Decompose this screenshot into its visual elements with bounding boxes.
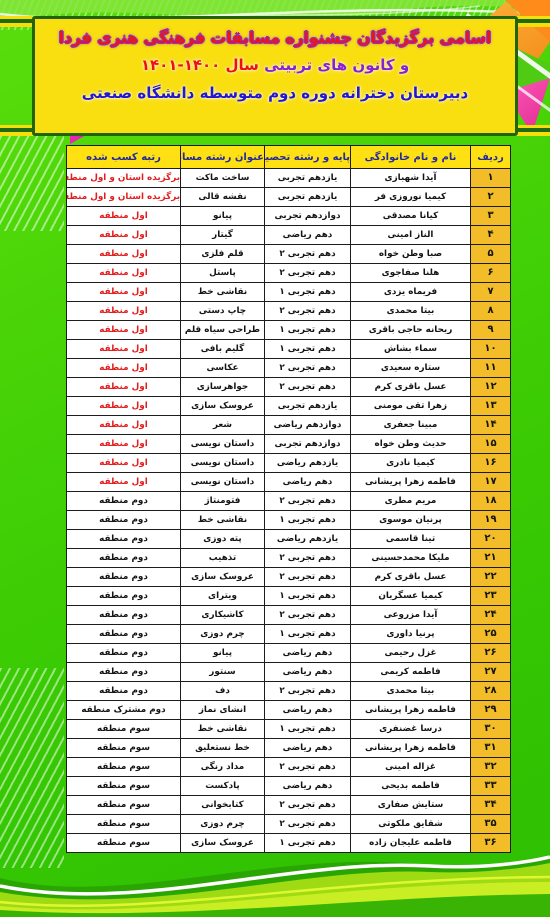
cell-grade: دهم تجربی ۱ — [265, 587, 351, 606]
cell-field: خط نستعلیق — [181, 739, 265, 758]
table-row: ۲۸بیتا محمدیدهم تجربی ۲دفدوم منطقه — [67, 682, 511, 701]
cell-no: ۱۸ — [471, 492, 511, 511]
cell-field: عروسک سازی — [181, 397, 265, 416]
cell-no: ۴ — [471, 226, 511, 245]
table-row: ۳۰درسا غضنفریدهم تجربی ۱نقاشی خطسوم منطق… — [67, 720, 511, 739]
cell-grade: دهم تجربی ۲ — [265, 549, 351, 568]
left-stripes-decoration — [0, 136, 64, 231]
cell-name: ریحانه حاجی باقری — [351, 321, 471, 340]
cell-rank: دوم منطقه — [67, 606, 181, 625]
cell-name: حدیث وطن خواه — [351, 435, 471, 454]
table-row: ۱آیدا شهبازییازدهم تجربیساخت ماکتبرگزیده… — [67, 169, 511, 188]
table-row: ۲۰تینا قاسمییازدهم ریاضیپته دوزیدوم منطق… — [67, 530, 511, 549]
table-row: ۱۰سماء بشاشدهم تجربی ۱گلیم بافیاول منطقه — [67, 340, 511, 359]
cell-name: تینا قاسمی — [351, 530, 471, 549]
table-row: ۳۲غزاله امینیدهم تجربی ۲مداد رنگیسوم منط… — [67, 758, 511, 777]
cell-no: ۷ — [471, 283, 511, 302]
cell-grade: یازدهم تجربی — [265, 397, 351, 416]
cell-no: ۱۲ — [471, 378, 511, 397]
cell-no: ۱۱ — [471, 359, 511, 378]
cell-name: غزاله امینی — [351, 758, 471, 777]
table-row: ۳۳فاطمه بدیحیدهم ریاضیپادکستسوم منطقه — [67, 777, 511, 796]
cell-rank: اول منطقه — [67, 245, 181, 264]
cell-field: سنتور — [181, 663, 265, 682]
cell-name: مریم مطری — [351, 492, 471, 511]
table-row: ۱۱ستاره سعیدیدهم تجربی ۲عکاسیاول منطقه — [67, 359, 511, 378]
table-header-row: ردیفنام و نام خانوادگیپایه و رشته تحصیلی… — [67, 146, 511, 169]
cell-rank: اول منطقه — [67, 473, 181, 492]
cell-grade: دهم تجربی ۱ — [265, 511, 351, 530]
cell-rank: اول منطقه — [67, 397, 181, 416]
cell-grade: دهم تجربی ۲ — [265, 359, 351, 378]
cell-field: پیانو — [181, 644, 265, 663]
cell-no: ۱۰ — [471, 340, 511, 359]
table-row: ۱۳زهرا تقی مومنییازدهم تجربیعروسک سازیاو… — [67, 397, 511, 416]
cell-field: پته دوزی — [181, 530, 265, 549]
table-row: ۴الناز امینیدهم ریاضیگیتاراول منطقه — [67, 226, 511, 245]
cell-name: مبینا جعفری — [351, 416, 471, 435]
cell-name: پرنیان موسوی — [351, 511, 471, 530]
bottom-wave-decoration — [0, 822, 550, 917]
cell-rank: سوم منطقه — [67, 758, 181, 777]
cell-field: کتابخوانی — [181, 796, 265, 815]
cell-field: ویترای — [181, 587, 265, 606]
cell-rank: سوم منطقه — [67, 777, 181, 796]
cell-name: هلنا صفاجوی — [351, 264, 471, 283]
table-row: ۱۴مبینا جعفریدوازدهم ریاضیشعراول منطقه — [67, 416, 511, 435]
cell-grade: یازدهم تجربی — [265, 188, 351, 207]
table-row: ۳۱فاطمه زهرا پریشانیدهم ریاضیخط نستعلیقس… — [67, 739, 511, 758]
cell-rank: اول منطقه — [67, 454, 181, 473]
cell-no: ۳۳ — [471, 777, 511, 796]
cell-rank: اول منطقه — [67, 435, 181, 454]
cell-field: فتومنتاژ — [181, 492, 265, 511]
cell-no: ۲۷ — [471, 663, 511, 682]
cell-no: ۲۶ — [471, 644, 511, 663]
cell-field: نقاشی خط — [181, 720, 265, 739]
cell-name: کیمیا نوروزی فر — [351, 188, 471, 207]
cell-no: ۱ — [471, 169, 511, 188]
cell-name: غزل رحیمی — [351, 644, 471, 663]
cell-no: ۱۵ — [471, 435, 511, 454]
cell-name: سماء بشاش — [351, 340, 471, 359]
table-row: ۲۷فاطمه کریمیدهم ریاضیسنتوردوم منطقه — [67, 663, 511, 682]
cell-field: جواهرسازی — [181, 378, 265, 397]
cell-field: داستان نویسی — [181, 435, 265, 454]
cell-no: ۳ — [471, 207, 511, 226]
cell-rank: دوم مشترک منطقه — [67, 701, 181, 720]
table-row: ۱۹پرنیان موسویدهم تجربی ۱نقاشی خطدوم منط… — [67, 511, 511, 530]
table-row: ۸بیتا محمدیدهم تجربی ۲چاپ دستیاول منطقه — [67, 302, 511, 321]
table-row: ۲۹فاطمه زهرا پریشانیدهم ریاضیانشای نمازد… — [67, 701, 511, 720]
cell-grade: دهم ریاضی — [265, 644, 351, 663]
cell-grade: دهم ریاضی — [265, 226, 351, 245]
cell-grade: دهم ریاضی — [265, 701, 351, 720]
cell-field: داستان نویسی — [181, 454, 265, 473]
cell-no: ۱۶ — [471, 454, 511, 473]
cell-rank: اول منطقه — [67, 321, 181, 340]
cell-name: فاطمه زهرا پریشانی — [351, 473, 471, 492]
cell-grade: دهم ریاضی — [265, 777, 351, 796]
cell-name: زهرا تقی مومنی — [351, 397, 471, 416]
cell-grade: دهم تجربی ۲ — [265, 568, 351, 587]
cell-no: ۵ — [471, 245, 511, 264]
cell-grade: دهم تجربی ۲ — [265, 758, 351, 777]
cell-no: ۲۰ — [471, 530, 511, 549]
cell-grade: دهم ریاضی — [265, 663, 351, 682]
cell-rank: اول منطقه — [67, 359, 181, 378]
column-header-0: ردیف — [471, 146, 511, 169]
table-row: ۱۸مریم مطریدهم تجربی ۲فتومنتاژدوم منطقه — [67, 492, 511, 511]
table-row: ۹ریحانه حاجی باقریدهم تجربی ۱طراحی سیاه … — [67, 321, 511, 340]
cell-no: ۱۴ — [471, 416, 511, 435]
cell-no: ۸ — [471, 302, 511, 321]
cell-name: الناز امینی — [351, 226, 471, 245]
column-header-4: رتبه کسب شده — [67, 146, 181, 169]
table-row: ۱۷فاطمه زهرا پریشانیدهم ریاضیداستان نویس… — [67, 473, 511, 492]
cell-no: ۲۲ — [471, 568, 511, 587]
table-row: ۱۵حدیث وطن خواهدوازدهم تجربیداستان نویسی… — [67, 435, 511, 454]
cell-grade: دهم تجربی ۱ — [265, 321, 351, 340]
cell-grade: یازدهم ریاضی — [265, 454, 351, 473]
cell-rank: اول منطقه — [67, 416, 181, 435]
cell-rank: اول منطقه — [67, 207, 181, 226]
title-box: اسامی برگزیدگان جشنواره مسابقات فرهنگی ه… — [32, 16, 518, 136]
table-row: ۲۵پرنیا داوریدهم تجربی ۱چرم دوزیدوم منطق… — [67, 625, 511, 644]
cell-name: آیدا مزروعی — [351, 606, 471, 625]
cell-rank: برگزیده استان و اول منطقه — [67, 169, 181, 188]
cell-name: فاطمه بدیحی — [351, 777, 471, 796]
table-row: ۳کیانا مصدقیدوازدهم تجربیپیانواول منطقه — [67, 207, 511, 226]
cell-grade: دهم تجربی ۲ — [265, 606, 351, 625]
cell-no: ۲۵ — [471, 625, 511, 644]
school-name: دبیرستان دخترانه دوره دوم متوسطه دانشگاه… — [35, 84, 515, 102]
cell-no: ۳۱ — [471, 739, 511, 758]
cell-no: ۳۲ — [471, 758, 511, 777]
cell-rank: دوم منطقه — [67, 682, 181, 701]
cell-field: عکاسی — [181, 359, 265, 378]
cell-no: ۲۸ — [471, 682, 511, 701]
cell-rank: اول منطقه — [67, 378, 181, 397]
poster-title-line1: اسامی برگزیدگان جشنواره مسابقات فرهنگی ه… — [35, 29, 515, 47]
cell-name: بیتا محمدی — [351, 682, 471, 701]
cell-rank: اول منطقه — [67, 302, 181, 321]
cell-grade: دهم تجربی ۱ — [265, 283, 351, 302]
cell-rank: دوم منطقه — [67, 549, 181, 568]
cell-field: پیانو — [181, 207, 265, 226]
cell-rank: دوم منطقه — [67, 587, 181, 606]
cell-grade: دوازدهم تجربی — [265, 207, 351, 226]
cell-name: بیتا محمدی — [351, 302, 471, 321]
table-row: ۱۲عسل باقری کرمدهم تجربی ۲جواهرسازیاول م… — [67, 378, 511, 397]
cell-grade: دهم تجربی ۲ — [265, 492, 351, 511]
cell-grade: دوازدهم تجربی — [265, 435, 351, 454]
cell-field: پاستل — [181, 264, 265, 283]
cell-name: صبا وطن خواه — [351, 245, 471, 264]
cell-grade: دهم ریاضی — [265, 739, 351, 758]
results-table: ردیفنام و نام خانوادگیپایه و رشته تحصیلی… — [66, 145, 511, 853]
cell-field: گیتار — [181, 226, 265, 245]
cell-field: ساخت ماکت — [181, 169, 265, 188]
cell-rank: دوم منطقه — [67, 530, 181, 549]
cell-grade: دهم ریاضی — [265, 473, 351, 492]
cell-rank: دوم منطقه — [67, 568, 181, 587]
cell-name: فاطمه زهرا پریشانی — [351, 701, 471, 720]
cell-grade: دوازدهم ریاضی — [265, 416, 351, 435]
cell-rank: اول منطقه — [67, 264, 181, 283]
table-row: ۶هلنا صفاجویدهم تجربی ۲پاستلاول منطقه — [67, 264, 511, 283]
cell-no: ۱۹ — [471, 511, 511, 530]
poster: اسامی برگزیدگان جشنواره مسابقات فرهنگی ه… — [0, 0, 550, 917]
table-row: ۷فریماه یزدیدهم تجربی ۱نقاشی خطاول منطقه — [67, 283, 511, 302]
cell-rank: دوم منطقه — [67, 492, 181, 511]
cell-rank: دوم منطقه — [67, 663, 181, 682]
cell-no: ۹ — [471, 321, 511, 340]
cell-grade: دهم تجربی ۲ — [265, 682, 351, 701]
cell-name: فریماه یزدی — [351, 283, 471, 302]
cell-rank: سوم منطقه — [67, 739, 181, 758]
cell-name: ستاره سعیدی — [351, 359, 471, 378]
table-row: ۲۱ملیکا محمدحسینیدهم تجربی ۲تذهیبدوم منط… — [67, 549, 511, 568]
table-row: ۲۳کیمیا عسگریاندهم تجربی ۱ویترایدوم منطق… — [67, 587, 511, 606]
table-row: ۲۲عسل باقری کرمدهم تجربی ۲عروسک سازیدوم … — [67, 568, 511, 587]
cell-name: عسل باقری کرم — [351, 378, 471, 397]
cell-name: پرنیا داوری — [351, 625, 471, 644]
cell-no: ۲ — [471, 188, 511, 207]
cell-grade: دهم تجربی ۱ — [265, 625, 351, 644]
cell-field: کاشیکاری — [181, 606, 265, 625]
cell-field: نقاشی خط — [181, 283, 265, 302]
cell-field: نقشه قالی — [181, 188, 265, 207]
poster-title-line2: و کانون های تربیتی سال ۱۴۰۰-۱۴۰۱ — [35, 56, 515, 74]
table-row: ۲کیمیا نوروزی فریازدهم تجربینقشه قالیبرگ… — [67, 188, 511, 207]
column-header-3: عنوان رشته مسابقه — [181, 146, 265, 169]
cell-name: آیدا شهبازی — [351, 169, 471, 188]
cell-grade: دهم تجربی ۲ — [265, 264, 351, 283]
cell-grade: یازدهم ریاضی — [265, 530, 351, 549]
table-row: ۵صبا وطن خواهدهم تجربی ۲قلم فلزیاول منطق… — [67, 245, 511, 264]
cell-field: قلم فلزی — [181, 245, 265, 264]
cell-rank: برگزیده استان و اول منطقه — [67, 188, 181, 207]
cell-name: کیانا مصدقی — [351, 207, 471, 226]
cell-no: ۳۴ — [471, 796, 511, 815]
cell-name: کیمیا نادری — [351, 454, 471, 473]
table-row: ۱۶کیمیا نادرییازدهم ریاضیداستان نویسیاول… — [67, 454, 511, 473]
cell-field: انشای نماز — [181, 701, 265, 720]
cell-grade: دهم تجربی ۲ — [265, 302, 351, 321]
cell-name: فاطمه زهرا پریشانی — [351, 739, 471, 758]
cell-field: مداد رنگی — [181, 758, 265, 777]
cell-name: درسا غضنفری — [351, 720, 471, 739]
cell-no: ۶ — [471, 264, 511, 283]
cell-field: عروسک سازی — [181, 568, 265, 587]
column-header-1: نام و نام خانوادگی — [351, 146, 471, 169]
cell-rank: اول منطقه — [67, 340, 181, 359]
cell-field: گلیم بافی — [181, 340, 265, 359]
cell-no: ۲۴ — [471, 606, 511, 625]
cell-grade: یازدهم تجربی — [265, 169, 351, 188]
organization-label: و کانون های تربیتی — [264, 56, 409, 74]
cell-no: ۱۷ — [471, 473, 511, 492]
cell-grade: دهم تجربی ۲ — [265, 378, 351, 397]
cell-name: ستایش صفاری — [351, 796, 471, 815]
cell-no: ۲۳ — [471, 587, 511, 606]
cell-field: نقاشی خط — [181, 511, 265, 530]
table-row: ۲۶غزل رحیمیدهم ریاضیپیانودوم منطقه — [67, 644, 511, 663]
cell-rank: دوم منطقه — [67, 625, 181, 644]
cell-field: چاپ دستی — [181, 302, 265, 321]
year-label: سال ۱۴۰۰-۱۴۰۱ — [141, 56, 259, 74]
cell-no: ۲۱ — [471, 549, 511, 568]
cell-rank: اول منطقه — [67, 226, 181, 245]
cell-no: ۳۰ — [471, 720, 511, 739]
cell-rank: سوم منطقه — [67, 796, 181, 815]
cell-rank: دوم منطقه — [67, 511, 181, 530]
cell-name: کیمیا عسگریان — [351, 587, 471, 606]
column-header-2: پایه و رشته تحصیلی — [265, 146, 351, 169]
cell-field: پادکست — [181, 777, 265, 796]
cell-no: ۱۳ — [471, 397, 511, 416]
cell-name: عسل باقری کرم — [351, 568, 471, 587]
cell-field: شعر — [181, 416, 265, 435]
cell-name: ملیکا محمدحسینی — [351, 549, 471, 568]
cell-rank: اول منطقه — [67, 283, 181, 302]
cell-rank: دوم منطقه — [67, 644, 181, 663]
table-row: ۲۴آیدا مزروعیدهم تجربی ۲کاشیکاریدوم منطق… — [67, 606, 511, 625]
cell-grade: دهم تجربی ۲ — [265, 245, 351, 264]
cell-no: ۲۹ — [471, 701, 511, 720]
cell-field: دف — [181, 682, 265, 701]
cell-grade: دهم تجربی ۱ — [265, 720, 351, 739]
cell-grade: دهم تجربی ۱ — [265, 340, 351, 359]
cell-grade: دهم تجربی ۲ — [265, 796, 351, 815]
cell-field: چرم دوزی — [181, 625, 265, 644]
cell-name: فاطمه کریمی — [351, 663, 471, 682]
cell-rank: سوم منطقه — [67, 720, 181, 739]
cell-field: داستان نویسی — [181, 473, 265, 492]
table-row: ۳۴ستایش صفاریدهم تجربی ۲کتابخوانیسوم منط… — [67, 796, 511, 815]
cell-field: تذهیب — [181, 549, 265, 568]
cell-field: طراحی سیاه قلم — [181, 321, 265, 340]
